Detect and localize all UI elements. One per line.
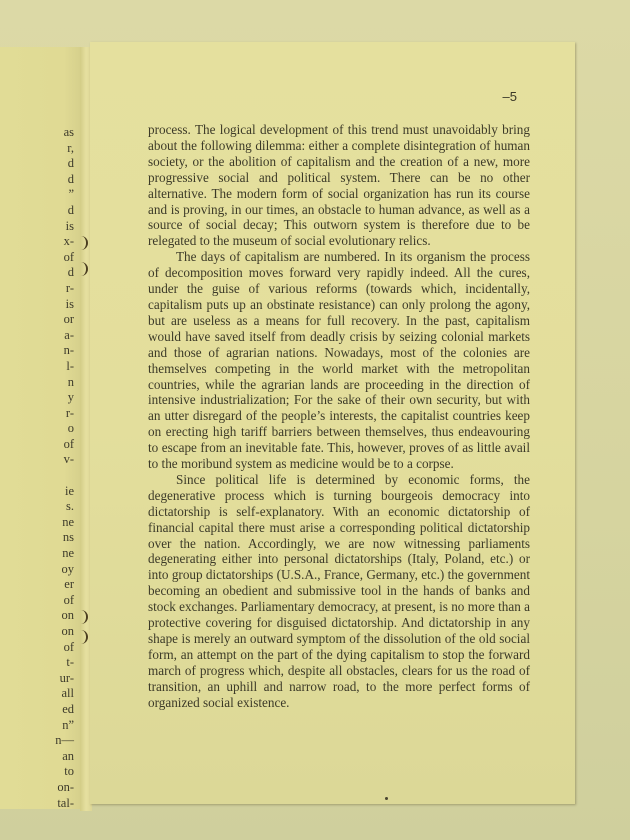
left-fragment-line: oy bbox=[55, 562, 74, 578]
left-fragment-line: n bbox=[55, 375, 74, 391]
left-fragment-line: or bbox=[55, 312, 74, 328]
paragraph-2: The days of capitalism are numbered. In … bbox=[148, 249, 530, 472]
left-fragment-line: is bbox=[55, 297, 74, 313]
page-number: –5 bbox=[503, 89, 517, 104]
left-fragment-line: ne bbox=[55, 546, 74, 562]
paper-speck bbox=[385, 797, 388, 800]
left-fragment-line: ne bbox=[55, 515, 74, 531]
right-page: –5 process. The logical development of t… bbox=[90, 42, 575, 804]
left-fragment-line: n— bbox=[55, 733, 74, 749]
left-page: asr,dd”disx-ofdr-isora-n-l-nyr-oofv-ies.… bbox=[0, 47, 80, 809]
left-fragment-line: tal- bbox=[55, 796, 74, 809]
left-fragment-line: of bbox=[55, 640, 74, 656]
left-fragment-line: of bbox=[55, 593, 74, 609]
left-fragment-line: on bbox=[55, 608, 74, 624]
left-fragment-line: of bbox=[55, 437, 74, 453]
left-fragment-line: is bbox=[55, 219, 74, 235]
left-fragment-line: an bbox=[55, 749, 74, 765]
left-fragment-line: o bbox=[55, 421, 74, 437]
left-fragment-line: ur- bbox=[55, 671, 74, 687]
left-fragment-line: x- bbox=[55, 234, 74, 250]
left-fragment-line: a- bbox=[55, 328, 74, 344]
left-fragment-line: ” bbox=[55, 187, 74, 203]
left-fragment-line: t- bbox=[55, 655, 74, 671]
left-page-text-fragments: asr,dd”disx-ofdr-isora-n-l-nyr-oofv-ies.… bbox=[55, 125, 74, 809]
left-fragment-line bbox=[55, 468, 74, 484]
left-fragment-line: r, bbox=[55, 141, 74, 157]
left-fragment-line: as bbox=[55, 125, 74, 141]
paragraph-1: process. The logical development of this… bbox=[148, 122, 530, 249]
left-fragment-line: to bbox=[55, 764, 74, 780]
left-fragment-line: d bbox=[55, 265, 74, 281]
left-fragment-line: d bbox=[55, 172, 74, 188]
left-fragment-line: n” bbox=[55, 718, 74, 734]
left-fragment-line: ed bbox=[55, 702, 74, 718]
body-text: process. The logical development of this… bbox=[148, 122, 530, 711]
left-fragment-line: d bbox=[55, 156, 74, 172]
left-fragment-line: n- bbox=[55, 343, 74, 359]
left-fragment-line: v- bbox=[55, 452, 74, 468]
paragraph-3: Since political life is determined by ec… bbox=[148, 472, 530, 711]
left-fragment-line: all bbox=[55, 686, 74, 702]
left-fragment-line: d bbox=[55, 203, 74, 219]
left-fragment-line: s. bbox=[55, 499, 74, 515]
left-fragment-line: ns bbox=[55, 530, 74, 546]
left-fragment-line: l- bbox=[55, 359, 74, 375]
left-fragment-line: er bbox=[55, 577, 74, 593]
left-fragment-line: of bbox=[55, 250, 74, 266]
left-fragment-line: on bbox=[55, 624, 74, 640]
left-fragment-line: on- bbox=[55, 780, 74, 796]
left-fragment-line: ie bbox=[55, 484, 74, 500]
left-fragment-line: y bbox=[55, 390, 74, 406]
left-fragment-line: r- bbox=[55, 406, 74, 422]
left-fragment-line: r- bbox=[55, 281, 74, 297]
